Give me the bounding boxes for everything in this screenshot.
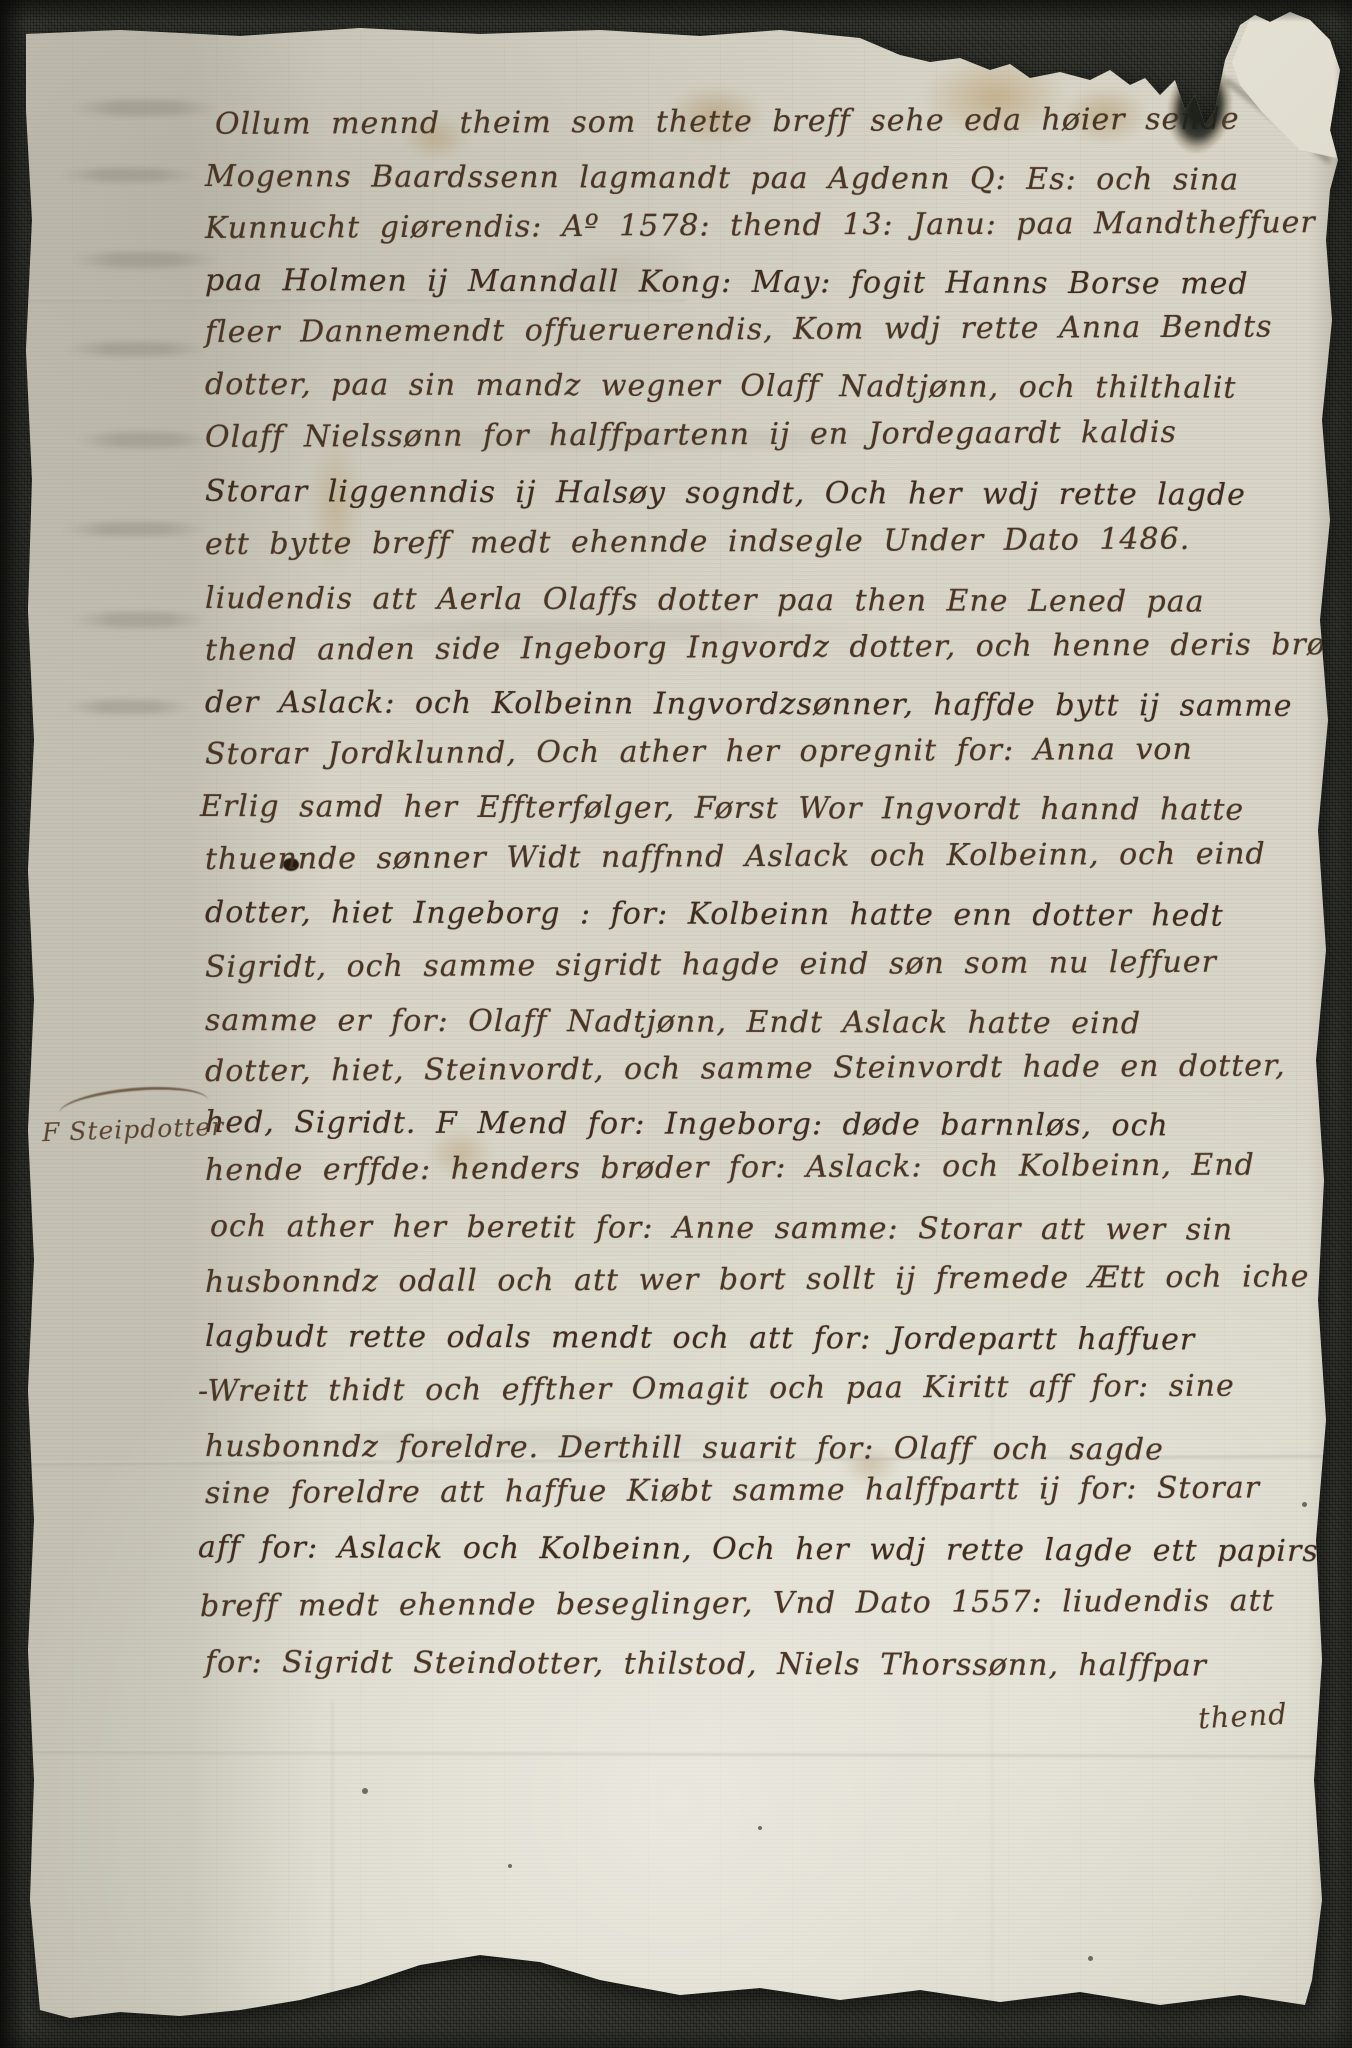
manuscript-line: breff medt ehennde beseglinger, Vnd Dato…: [200, 1584, 1275, 1624]
manuscript-line: husbonndz foreldre. Derthill suarit for:…: [205, 1430, 1164, 1467]
manuscript-line: der Aslack: och Kolbeinn Ingvordzsønner,…: [205, 686, 1293, 724]
manuscript-paper-sheet: Ollum mennd theim som thette breff sehe …: [0, 0, 1352, 2048]
manuscript-line: aff for: Aslack och Kolbeinn, Och her wd…: [198, 1531, 1319, 1569]
manuscript-line: -Wreitt thidt och effther Omagit och paa…: [198, 1370, 1235, 1409]
manuscript-line: dotter, hiet, Steinvordt, och samme Stei…: [205, 1049, 1286, 1089]
manuscript-line: Storar liggenndis ij Halsøy sogndt, Och …: [205, 475, 1246, 513]
manuscript-line: hed, Sigridt. F Mend for: Ingeborg: døde…: [205, 1106, 1169, 1143]
manuscript-line: thend anden side Ingeborg Ingvordz dotte…: [205, 628, 1337, 668]
manuscript-line: Mogenns Baardssenn lagmandt paa Agdenn Q…: [205, 160, 1239, 198]
margin-note-flourish: [57, 1081, 208, 1113]
manuscript-line: fleer Dannemendt offueruerendis, Kom wdj…: [205, 310, 1273, 350]
manuscript-line: Ollum mennd theim som thette breff sehe …: [215, 103, 1240, 142]
manuscript-line: Olaff Nielssønn for halffpartenn ij en J…: [205, 416, 1177, 455]
manuscript-line: och ather her beretit for: Anne samme: S…: [210, 1210, 1233, 1248]
catchword: thend: [1197, 1698, 1288, 1735]
margin-note: F Steipdotter: [42, 1113, 225, 1147]
manuscript-line: sine foreldre att haffue Kiøbt samme hal…: [205, 1471, 1260, 1511]
paper-shadow-wrap: Ollum mennd theim som thette breff sehe …: [0, 0, 1352, 2048]
manuscript-line: liudendis att Aerla Olaffs dotter paa th…: [205, 582, 1205, 619]
manuscript-line: for: Sigridt Steindotter, thilstod, Niel…: [205, 1646, 1207, 1683]
manuscript-text-block: Ollum mennd theim som thette breff sehe …: [0, 0, 1352, 2048]
manuscript-line: husbonndz odall och att wer bort sollt i…: [205, 1260, 1310, 1300]
manuscript-line: paa Holmen ij Manndall Kong: May: fogit …: [205, 264, 1249, 302]
manuscript-line: dotter, paa sin mandz wegner Olaff Nadtj…: [205, 368, 1237, 406]
manuscript-line: dotter, hiet Ingeborg : for: Kolbeinn ha…: [205, 896, 1224, 934]
manuscript-line: thuennde sønner Widt naffnnd Aslack och …: [205, 837, 1266, 877]
manuscript-line: Storar Jordklunnd, Och ather her opregni…: [205, 733, 1193, 772]
manuscript-line: Kunnucht giørendis: Aº 1578: thend 13: J…: [205, 206, 1316, 246]
manuscript-line: lagbudt rette odals mendt och att for: J…: [205, 1320, 1195, 1357]
manuscript-line: Sigridt, och samme sigridt hagde eind sø…: [205, 946, 1217, 985]
manuscript-line: Erlig samd her Effterfølger, Først Wor I…: [200, 790, 1244, 828]
manuscript-line: ett bytte breff medt ehennde indsegle Un…: [205, 523, 1190, 562]
manuscript-line: hende erffde: henders brøder for: Aslack…: [205, 1149, 1255, 1188]
archive-scan: Ollum mennd theim som thette breff sehe …: [0, 0, 1352, 2048]
manuscript-line: samme er for: Olaff Nadtjønn, Endt Aslac…: [205, 1004, 1141, 1041]
